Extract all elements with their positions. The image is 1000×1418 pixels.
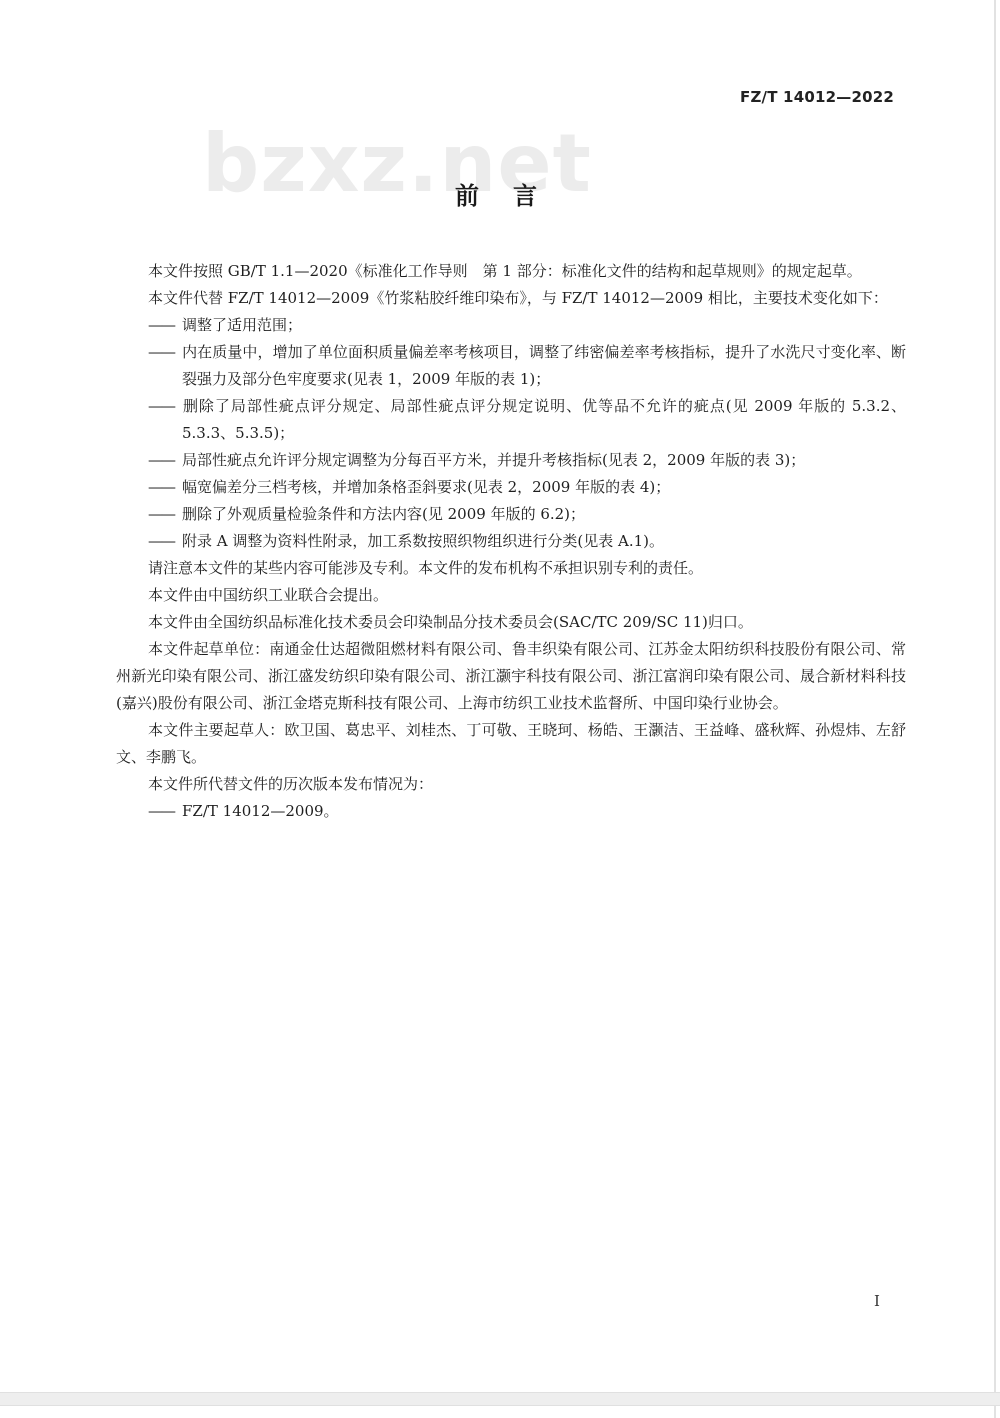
change-item: ——幅宽偏差分三档考核，并增加条格歪斜要求(见表 2，2009 年版的表 4)； [116, 474, 906, 501]
paragraph-drafters: 本文件主要起草人：欧卫国、葛忠平、刘桂杰、丁可敬、王晓珂、杨皓、王灏洁、王益峰、… [116, 717, 906, 771]
paragraph-version-history: 本文件所代替文件的历次版本发布情况为： [116, 771, 906, 798]
change-item: ——局部性疵点允许评分规定调整为分每百平方米，并提升考核指标(见表 2，2009… [116, 447, 906, 474]
change-item: ——删除了局部性疵点评分规定、局部性疵点评分规定说明、优等品不允许的疵点(见 2… [116, 393, 906, 447]
dash-marker: —— [148, 798, 182, 825]
dash-marker: —— [148, 528, 182, 555]
document-code: FZ/T 14012—2022 [740, 88, 894, 106]
dash-marker: —— [148, 447, 182, 474]
paragraph-drafting-rules: 本文件按照 GB/T 1.1—2020《标准化工作导则 第 1 部分：标准化文件… [116, 258, 906, 285]
paragraph-proposed-by: 本文件由中国纺织工业联合会提出。 [116, 582, 906, 609]
foreword-body: 本文件按照 GB/T 1.1—2020《标准化工作导则 第 1 部分：标准化文件… [116, 258, 906, 825]
history-item: ——FZ/T 14012—2009。 [116, 798, 906, 825]
dash-marker: —— [148, 339, 182, 366]
change-item: ——删除了外观质量检验条件和方法内容(见 2009 年版的 6.2)； [116, 501, 906, 528]
dash-marker: —— [148, 393, 182, 420]
page-separator [0, 1392, 1000, 1406]
dash-marker: —— [148, 474, 182, 501]
paragraph-replacement: 本文件代替 FZ/T 14012—2009《竹浆粘胶纤维印染布》，与 FZ/T … [116, 285, 906, 312]
dash-marker: —— [148, 312, 182, 339]
paragraph-patent-notice: 请注意本文件的某些内容可能涉及专利。本文件的发布机构不承担识别专利的责任。 [116, 555, 906, 582]
paragraph-administered-by: 本文件由全国纺织品标准化技术委员会印染制品分技术委员会(SAC/TC 209/S… [116, 609, 906, 636]
document-page: FZ/T 14012—2022 bzxz.net 前言 本文件按照 GB/T 1… [0, 0, 996, 1392]
change-item: ——附录 A 调整为资料性附录，加工系数按照织物组织进行分类(见表 A.1)。 [116, 528, 906, 555]
paragraph-drafting-units: 本文件起草单位：南通金仕达超微阻燃材料有限公司、鲁丰织染有限公司、江苏金太阳纺织… [116, 636, 906, 717]
dash-marker: —— [148, 501, 182, 528]
page-number: I [874, 1292, 880, 1310]
change-item: ——调整了适用范围； [116, 312, 906, 339]
change-item: ——内在质量中，增加了单位面积质量偏差率考核项目，调整了纬密偏差率考核指标，提升… [116, 339, 906, 393]
page-title: 前言 [0, 176, 1000, 211]
next-page-edge [0, 1406, 996, 1418]
